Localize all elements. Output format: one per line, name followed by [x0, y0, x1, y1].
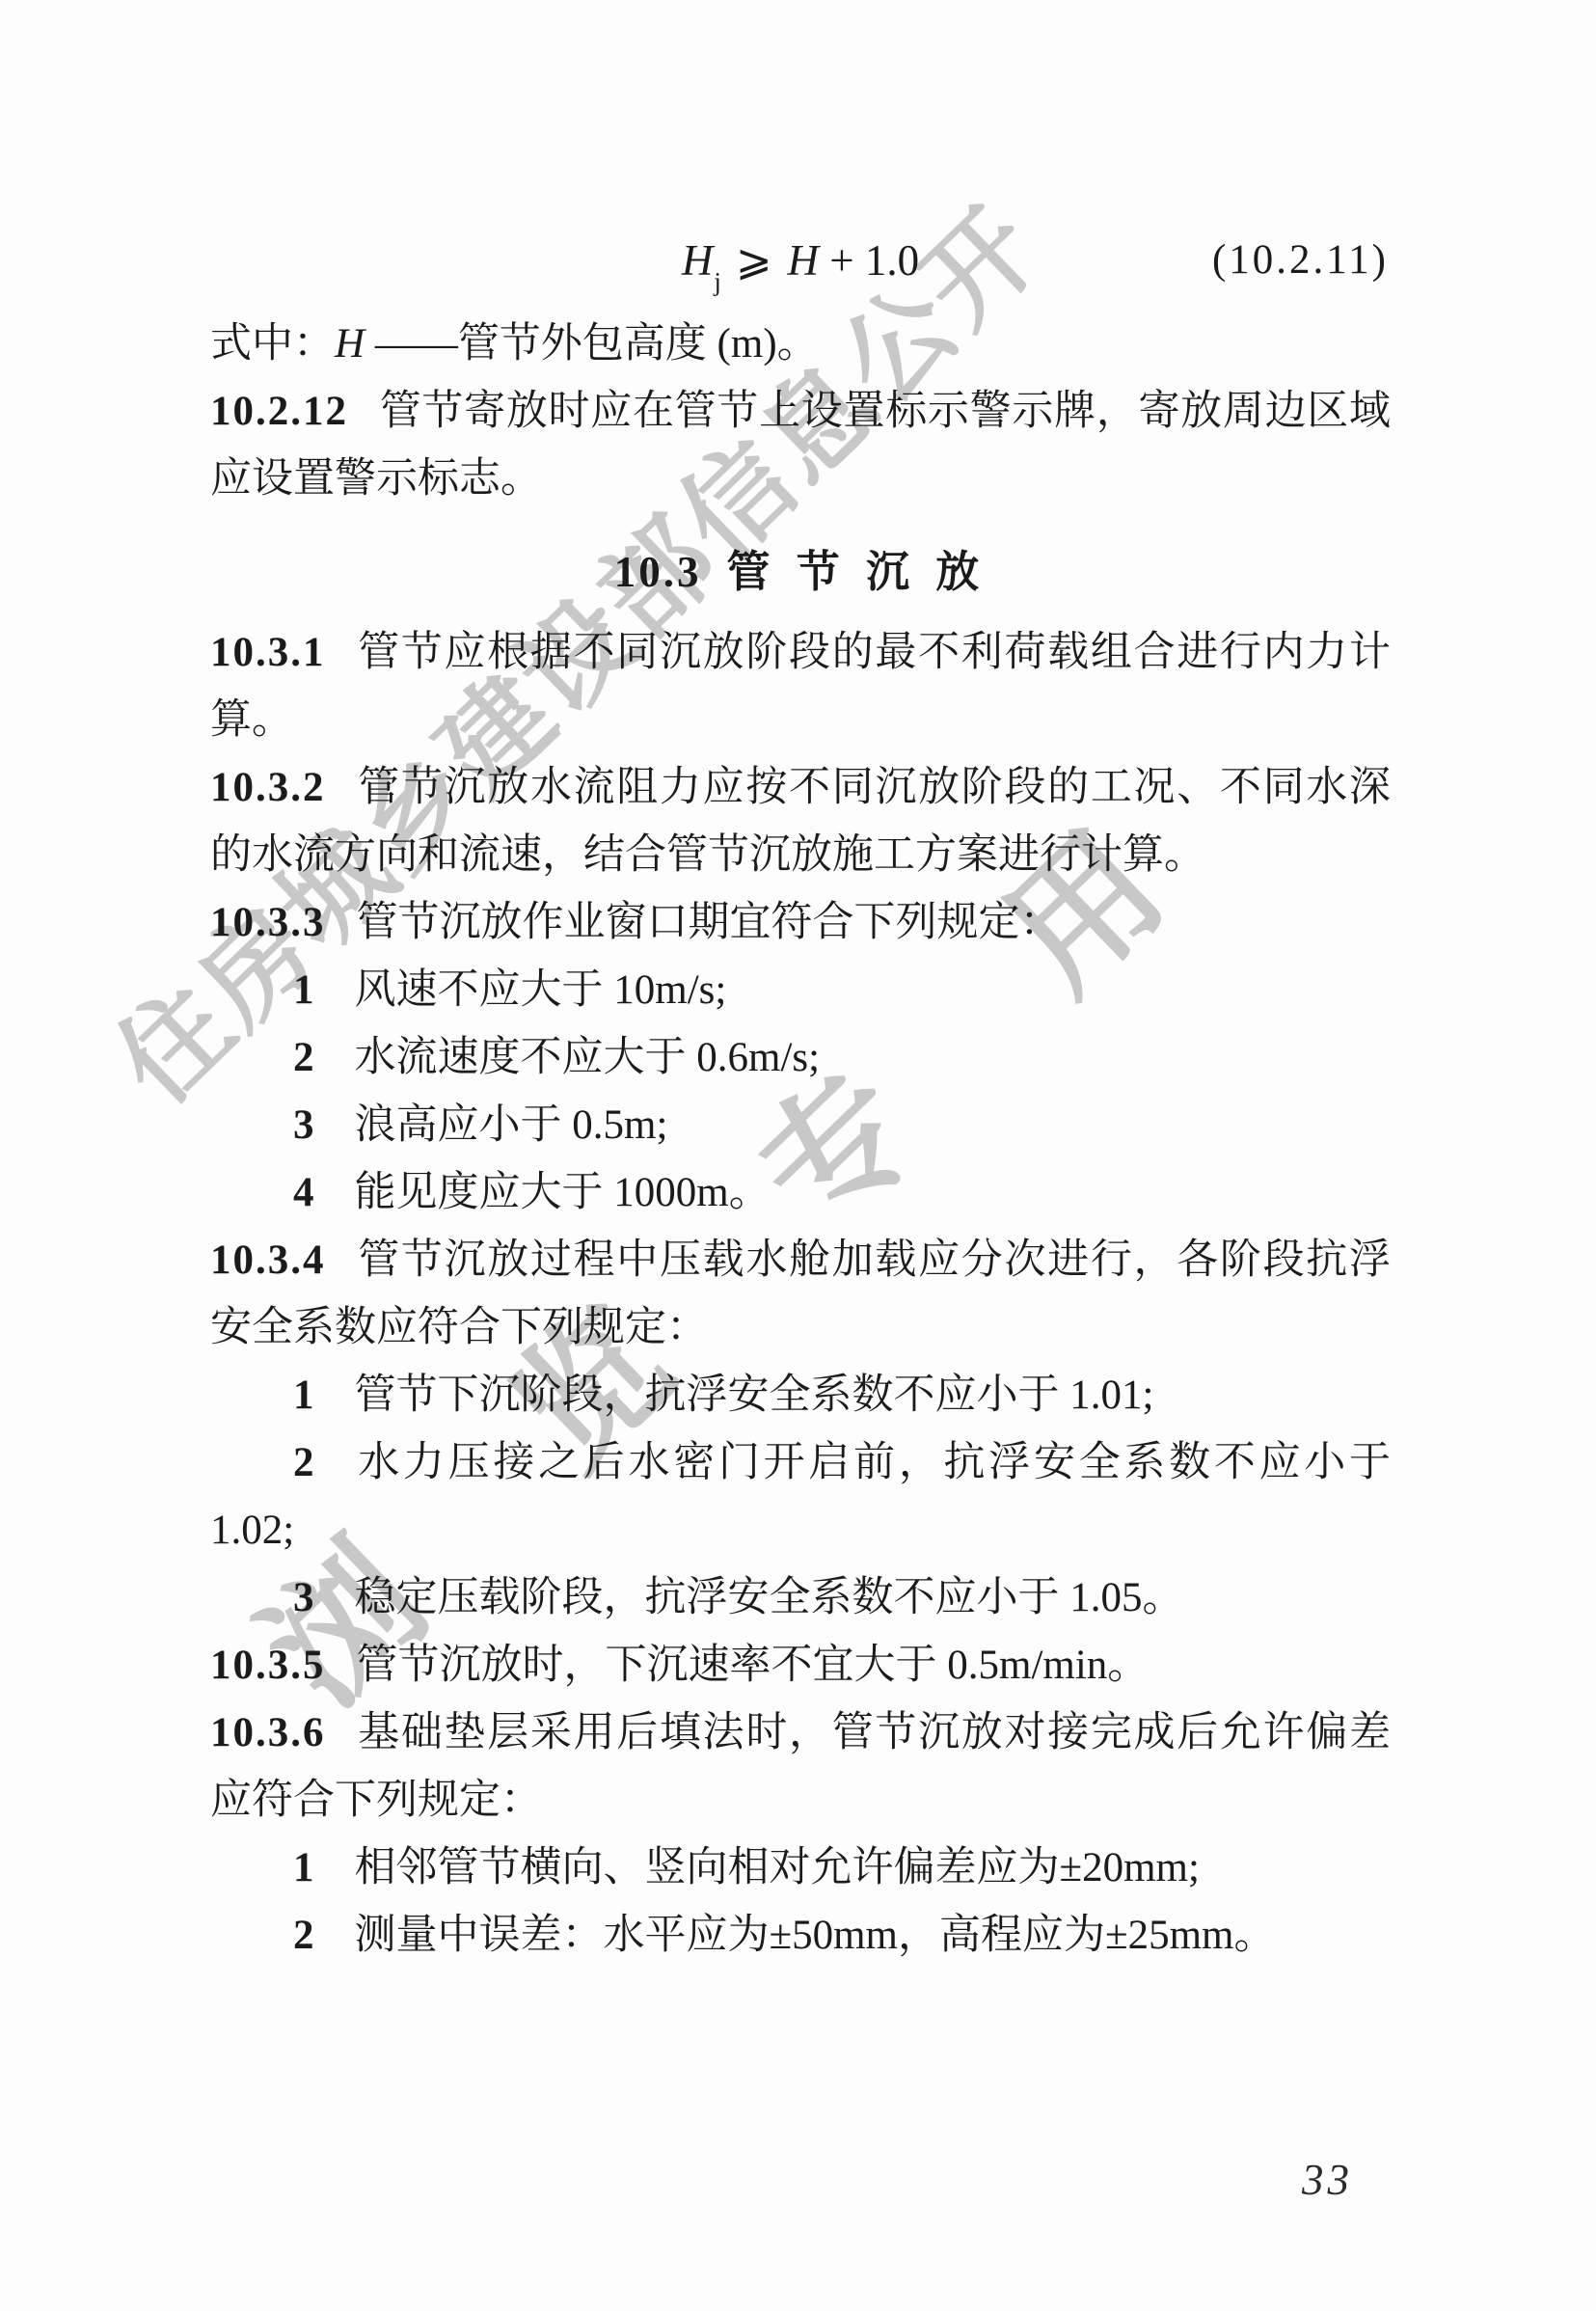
clause-number: 10.3.5 — [210, 1643, 326, 1688]
clause-number: 10.2.12 — [210, 389, 348, 434]
clause-10-3-3-item-4: 4能见度应大于 1000m。 — [210, 1159, 1391, 1227]
section-number: 10.3 — [614, 548, 702, 596]
formula-gte-operator: ⩾ — [736, 236, 772, 285]
clause-text: 基础垫层采用后填法时，管节沉放对接完成后允许偏差应符合下列规定： — [210, 1710, 1391, 1823]
clause-text: 管节寄放时应在管节上设置标示警示牌，寄放周边区域应设置警示标志。 — [210, 389, 1391, 502]
item-number: 4 — [293, 1170, 314, 1215]
page-number: 33 — [1302, 2155, 1353, 2205]
clause-10-3-4-item-2: 2水力压接之后水密门开启前，抗浮安全系数不应小于 1.02; — [210, 1429, 1391, 1564]
clause-10-3-3-item-2: 2水流速度不应大于 0.6m/s; — [210, 1024, 1391, 1092]
item-number: 1 — [293, 1845, 314, 1890]
item-number: 2 — [293, 1913, 314, 1958]
clause-text: 管节沉放作业窗口期宜符合下列规定： — [357, 900, 1062, 945]
item-number: 3 — [293, 1102, 314, 1148]
clause-number: 10.3.3 — [210, 900, 326, 945]
item-text: 相邻管节横向、竖向相对允许偏差应为±20mm; — [355, 1845, 1200, 1890]
clause-10-3-6-item-1: 1相邻管节横向、竖向相对允许偏差应为±20mm; — [210, 1835, 1391, 1902]
formula-var-h: H — [788, 236, 820, 285]
clause-10-3-2: 10.3.2管节沉放水流阻力应按不同沉放阶段的工况、不同水深的水流方向和流速，结… — [210, 754, 1391, 889]
item-text: 水力压接之后水密门开启前，抗浮安全系数不应小于 1.02; — [210, 1440, 1391, 1553]
formula-constant: + 1.0 — [829, 236, 919, 285]
legend-prefix: 式中： — [210, 321, 335, 367]
formula-expression: Hj⩾H + 1.0 — [682, 236, 919, 285]
clause-text: 管节沉放时，下沉速率不宜大于 0.5m/min。 — [357, 1643, 1150, 1688]
item-text: 管节下沉阶段，抗浮安全系数不应小于 1.01; — [355, 1373, 1154, 1418]
clause-10-3-1: 10.3.1管节应根据不同沉放阶段的最不利荷载组合进行内力计算。 — [210, 619, 1391, 754]
formula-line: Hj⩾H + 1.0 (10.2.11) — [210, 226, 1391, 311]
clause-10-2-12: 10.2.12管节寄放时应在管节上设置标示警示牌，寄放周边区域应设置警示标志。 — [210, 378, 1391, 513]
clause-number: 10.3.1 — [210, 630, 326, 675]
clause-number: 10.3.4 — [210, 1237, 326, 1283]
clause-number: 10.3.2 — [210, 765, 326, 810]
item-text: 测量中误差：水平应为±50mm，高程应为±25mm。 — [355, 1913, 1276, 1958]
clause-10-3-3-item-3: 3浪高应小于 0.5m; — [210, 1092, 1391, 1159]
clause-10-3-4-item-3: 3稳定压载阶段，抗浮安全系数不应小于 1.05。 — [210, 1564, 1391, 1632]
equation-number: (10.2.11) — [1212, 226, 1389, 295]
item-number: 1 — [293, 967, 314, 1013]
item-text: 稳定压载阶段，抗浮安全系数不应小于 1.05。 — [355, 1575, 1184, 1620]
legend-var-h: H — [335, 321, 365, 367]
item-text: 浪高应小于 0.5m; — [355, 1102, 668, 1148]
clause-10-3-6-item-2: 2测量中误差：水平应为±50mm，高程应为±25mm。 — [210, 1902, 1391, 1970]
clause-10-3-4: 10.3.4管节沉放过程中压载水舱加载应分次进行，各阶段抗浮安全系数应符合下列规… — [210, 1227, 1391, 1362]
item-number: 1 — [293, 1373, 314, 1418]
clause-text: 管节应根据不同沉放阶段的最不利荷载组合进行内力计算。 — [210, 630, 1391, 743]
item-text: 能见度应大于 1000m。 — [355, 1170, 771, 1215]
clause-10-3-3: 10.3.3管节沉放作业窗口期宜符合下列规定： — [210, 889, 1391, 957]
section-title: 管 节 沉 放 — [726, 548, 987, 596]
section-heading-10-3: 10.3管 节 沉 放 — [210, 538, 1391, 606]
document-content: Hj⩾H + 1.0 (10.2.11) 式中：H ——管节外包高度 (m)。 … — [210, 226, 1391, 1970]
clause-10-3-6: 10.3.6基础垫层采用后填法时，管节沉放对接完成后允许偏差应符合下列规定： — [210, 1699, 1391, 1835]
item-number: 2 — [293, 1440, 314, 1485]
formula-subscript-j: j — [714, 267, 721, 296]
item-number: 2 — [293, 1035, 314, 1080]
clause-text: 管节沉放过程中压载水舱加载应分次进行，各阶段抗浮安全系数应符合下列规定： — [210, 1237, 1391, 1350]
clause-10-3-5: 10.3.5管节沉放时，下沉速率不宜大于 0.5m/min。 — [210, 1632, 1391, 1699]
clause-10-3-3-item-1: 1风速不应大于 10m/s; — [210, 957, 1391, 1024]
clause-text: 管节沉放水流阻力应按不同沉放阶段的工况、不同水深的水流方向和流速，结合管节沉放施… — [210, 765, 1391, 878]
formula-var-hj: H — [682, 236, 714, 285]
item-text: 风速不应大于 10m/s; — [355, 967, 727, 1013]
formula-legend: 式中：H ——管节外包高度 (m)。 — [210, 311, 1391, 378]
item-text: 水流速度不应大于 0.6m/s; — [355, 1035, 821, 1080]
clause-number: 10.3.6 — [210, 1710, 326, 1755]
legend-definition: ——管节外包高度 (m)。 — [365, 321, 819, 367]
item-number: 3 — [293, 1575, 314, 1620]
document-page: 住房城乡建设部信息公开 浏览专用 Hj⩾H + 1.0 (10.2.11) 式中… — [0, 0, 1596, 2311]
clause-10-3-4-item-1: 1管节下沉阶段，抗浮安全系数不应小于 1.01; — [210, 1362, 1391, 1429]
